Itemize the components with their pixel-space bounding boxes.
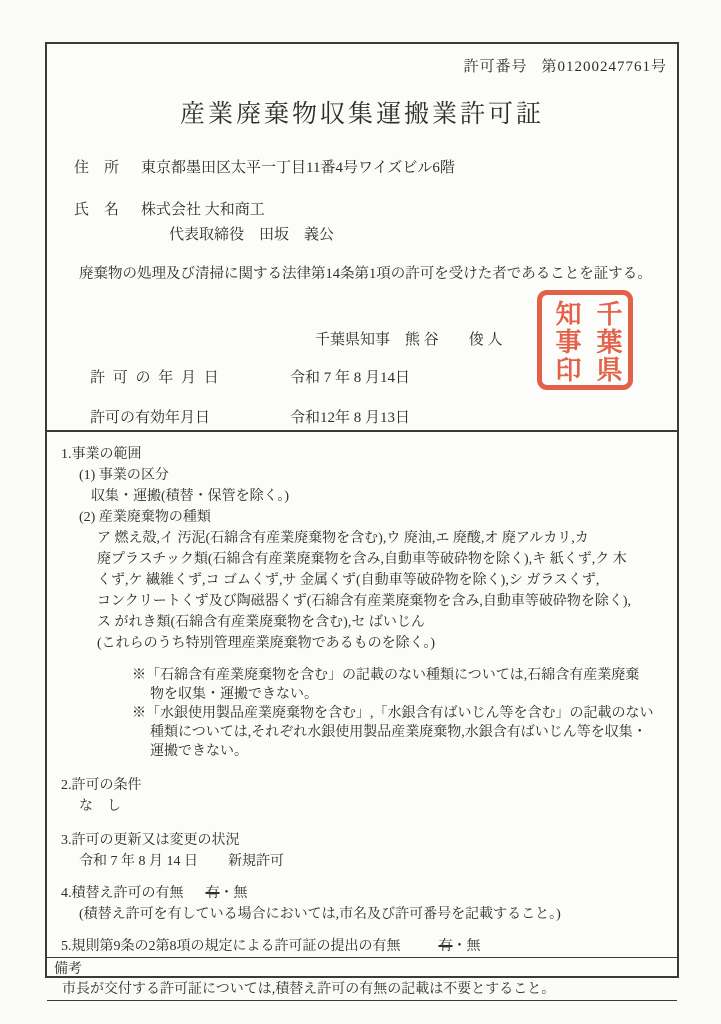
waste-types-label: (2) 産業廃棄物の種類 [79, 507, 663, 528]
renewal-date: 令和 7 年 8 月 14 日 [79, 854, 198, 869]
submission-option-yes: 有 [439, 939, 453, 954]
renewal-status: 新規許可 [228, 854, 284, 869]
company-name: 株式会社 大和商工 [141, 202, 265, 218]
permit-number-value: 第01200247761号 [541, 59, 667, 75]
valid-date-label: 許可の有効年月日 [90, 406, 290, 427]
option-separator: ・ [453, 939, 467, 954]
section5-row: 5.規則第9条の2第8項の規定による許可証の提出の有無有・無 [61, 936, 663, 957]
seal-column-right: 千葉県 [587, 298, 628, 385]
waste-types-line: ス がれき類(石綿含有産業廃棄物を含む),セ ばいじん [97, 612, 663, 633]
permit-date-value: 令和 7 年 8 月14日 [290, 370, 410, 386]
waste-types-list: ア 燃え殻,イ 汚泥(石綿含有産業廃棄物を含む),ウ 廃油,エ 廃酸,オ 廃アル… [61, 528, 663, 654]
section1-heading: 1.事業の範囲 [61, 444, 663, 465]
mercury-note-line: 種類については,それぞれ水銀使用製品産業廃棄物,水銀含有ばいじん等を収集・ [150, 723, 663, 742]
asbestos-note-line: ※「石綿含有産業廃棄物を含む」の記載のない種類については,石綿含有産業廃棄 [132, 666, 663, 685]
certificate-body-section: 1.事業の範囲 (1) 事業の区分 収集・運搬(積替・保管を除く。) (2) 産… [47, 432, 677, 957]
section5-heading: 5.規則第9条の2第8項の規定による許可証の提出の有無 [61, 939, 401, 954]
option-separator: ・ [220, 886, 234, 901]
section4-heading: 4.積替え許可の有無 [61, 886, 184, 901]
scanned-permit-document: { "header": { "permit_no_label": "許可番号",… [0, 0, 721, 1024]
governor-seal-stamp-icon: 千葉県 知事印 [537, 290, 633, 390]
address-value: 東京都墨田区太平一丁目11番4号ワイズビル6階 [141, 160, 455, 176]
section4-row: 4.積替え許可の有無有・無 [61, 883, 663, 904]
name-label: 氏 名 [74, 198, 119, 219]
seal-column-left: 知事印 [546, 298, 587, 385]
valid-date-row: 許可の有効年月日令和12年 8 月13日 [90, 406, 410, 427]
transfer-permit-option-no: 無 [234, 886, 248, 901]
permit-number-line: 許可番号第01200247761号 [463, 55, 667, 76]
mercury-note-line: ※「水銀使用製品産業廃棄物を含む」,「水銀含有ばいじん等を含む」の記載のない [132, 704, 663, 723]
certification-statement: 廃棄物の処理及び清掃に関する法律第14条第1項の許可を受けた者であることを証する… [79, 262, 669, 283]
representative-name: 代表取締役 田坂 義公 [169, 227, 334, 243]
name-row: 氏 名株式会社 大和商工 [74, 198, 265, 219]
waste-types-exclusion: (これらのうち特別管理産業廃棄物であるものを除く。) [97, 633, 663, 654]
mercury-note-line: 運搬できない。 [150, 742, 663, 761]
permit-date-label: 許 可 の 年 月 日 [90, 366, 290, 387]
certificate-frame: 許可番号第01200247761号 産業廃棄物収集運搬業許可証 住 所東京都墨田… [45, 42, 679, 978]
remarks-text: 市長が交付する許可証については,積替え許可の有無の記載は不要とすること。 [62, 980, 669, 1000]
waste-types-line: 廃プラスチック類(石綿含有産業廃棄物を含み,自動車等破砕物を除く),キ 紙くず,… [97, 549, 663, 570]
remarks-label: 備考 [54, 960, 669, 980]
section3-heading: 3.許可の更新又は変更の状況 [61, 830, 663, 851]
business-category-label: (1) 事業の区分 [79, 465, 663, 486]
waste-types-line: コンクリートくず及び陶磁器くず(石綿含有産業廃棄物を含み,自動車等破砕物を除く)… [97, 591, 663, 612]
transfer-permit-note: (積替え許可を有している場合においては,市名及び許可番号を記載すること。) [79, 904, 663, 925]
submission-option-no: 無 [467, 939, 481, 954]
address-label: 住 所 [74, 156, 119, 177]
section2-heading: 2.許可の条件 [61, 775, 663, 796]
permit-conditions-value: な し [79, 796, 663, 817]
permit-date-row: 許 可 の 年 月 日令和 7 年 8 月14日 [90, 366, 410, 387]
waste-types-line: ア 燃え殻,イ 汚泥(石綿含有産業廃棄物を含む),ウ 廃油,エ 廃酸,オ 廃アル… [97, 528, 663, 549]
business-category-value: 収集・運搬(積替・保管を除く。) [91, 486, 663, 507]
address-row: 住 所東京都墨田区太平一丁目11番4号ワイズビル6階 [74, 156, 455, 177]
permit-number-label: 許可番号 [463, 59, 527, 75]
governor-name: 千葉県知事 熊 谷 俊 人 [315, 328, 503, 349]
transfer-permit-option-yes: 有 [206, 886, 220, 901]
valid-date-value: 令和12年 8 月13日 [290, 410, 410, 426]
renewal-status-row: 令和 7 年 8 月 14 日新規許可 [79, 851, 663, 872]
asbestos-mercury-notes: ※「石綿含有産業廃棄物を含む」の記載のない種類については,石綿含有産業廃棄 物を… [61, 666, 663, 761]
asbestos-note-line: 物を収集・運搬できない。 [150, 685, 663, 704]
waste-types-line: くず,ケ 繊維くず,コ ゴムくず,サ 金属くず(自動車等破砕物を除く),シ ガラ… [97, 570, 663, 591]
remarks-section: 備考 市長が交付する許可証については,積替え許可の有無の記載は不要とすること。 [47, 957, 677, 1001]
certificate-title: 産業廃棄物収集運搬業許可証 [47, 94, 677, 130]
certificate-header-section: 許可番号第01200247761号 産業廃棄物収集運搬業許可証 住 所東京都墨田… [47, 44, 677, 432]
representative-row: 代表取締役 田坂 義公 [169, 223, 334, 244]
